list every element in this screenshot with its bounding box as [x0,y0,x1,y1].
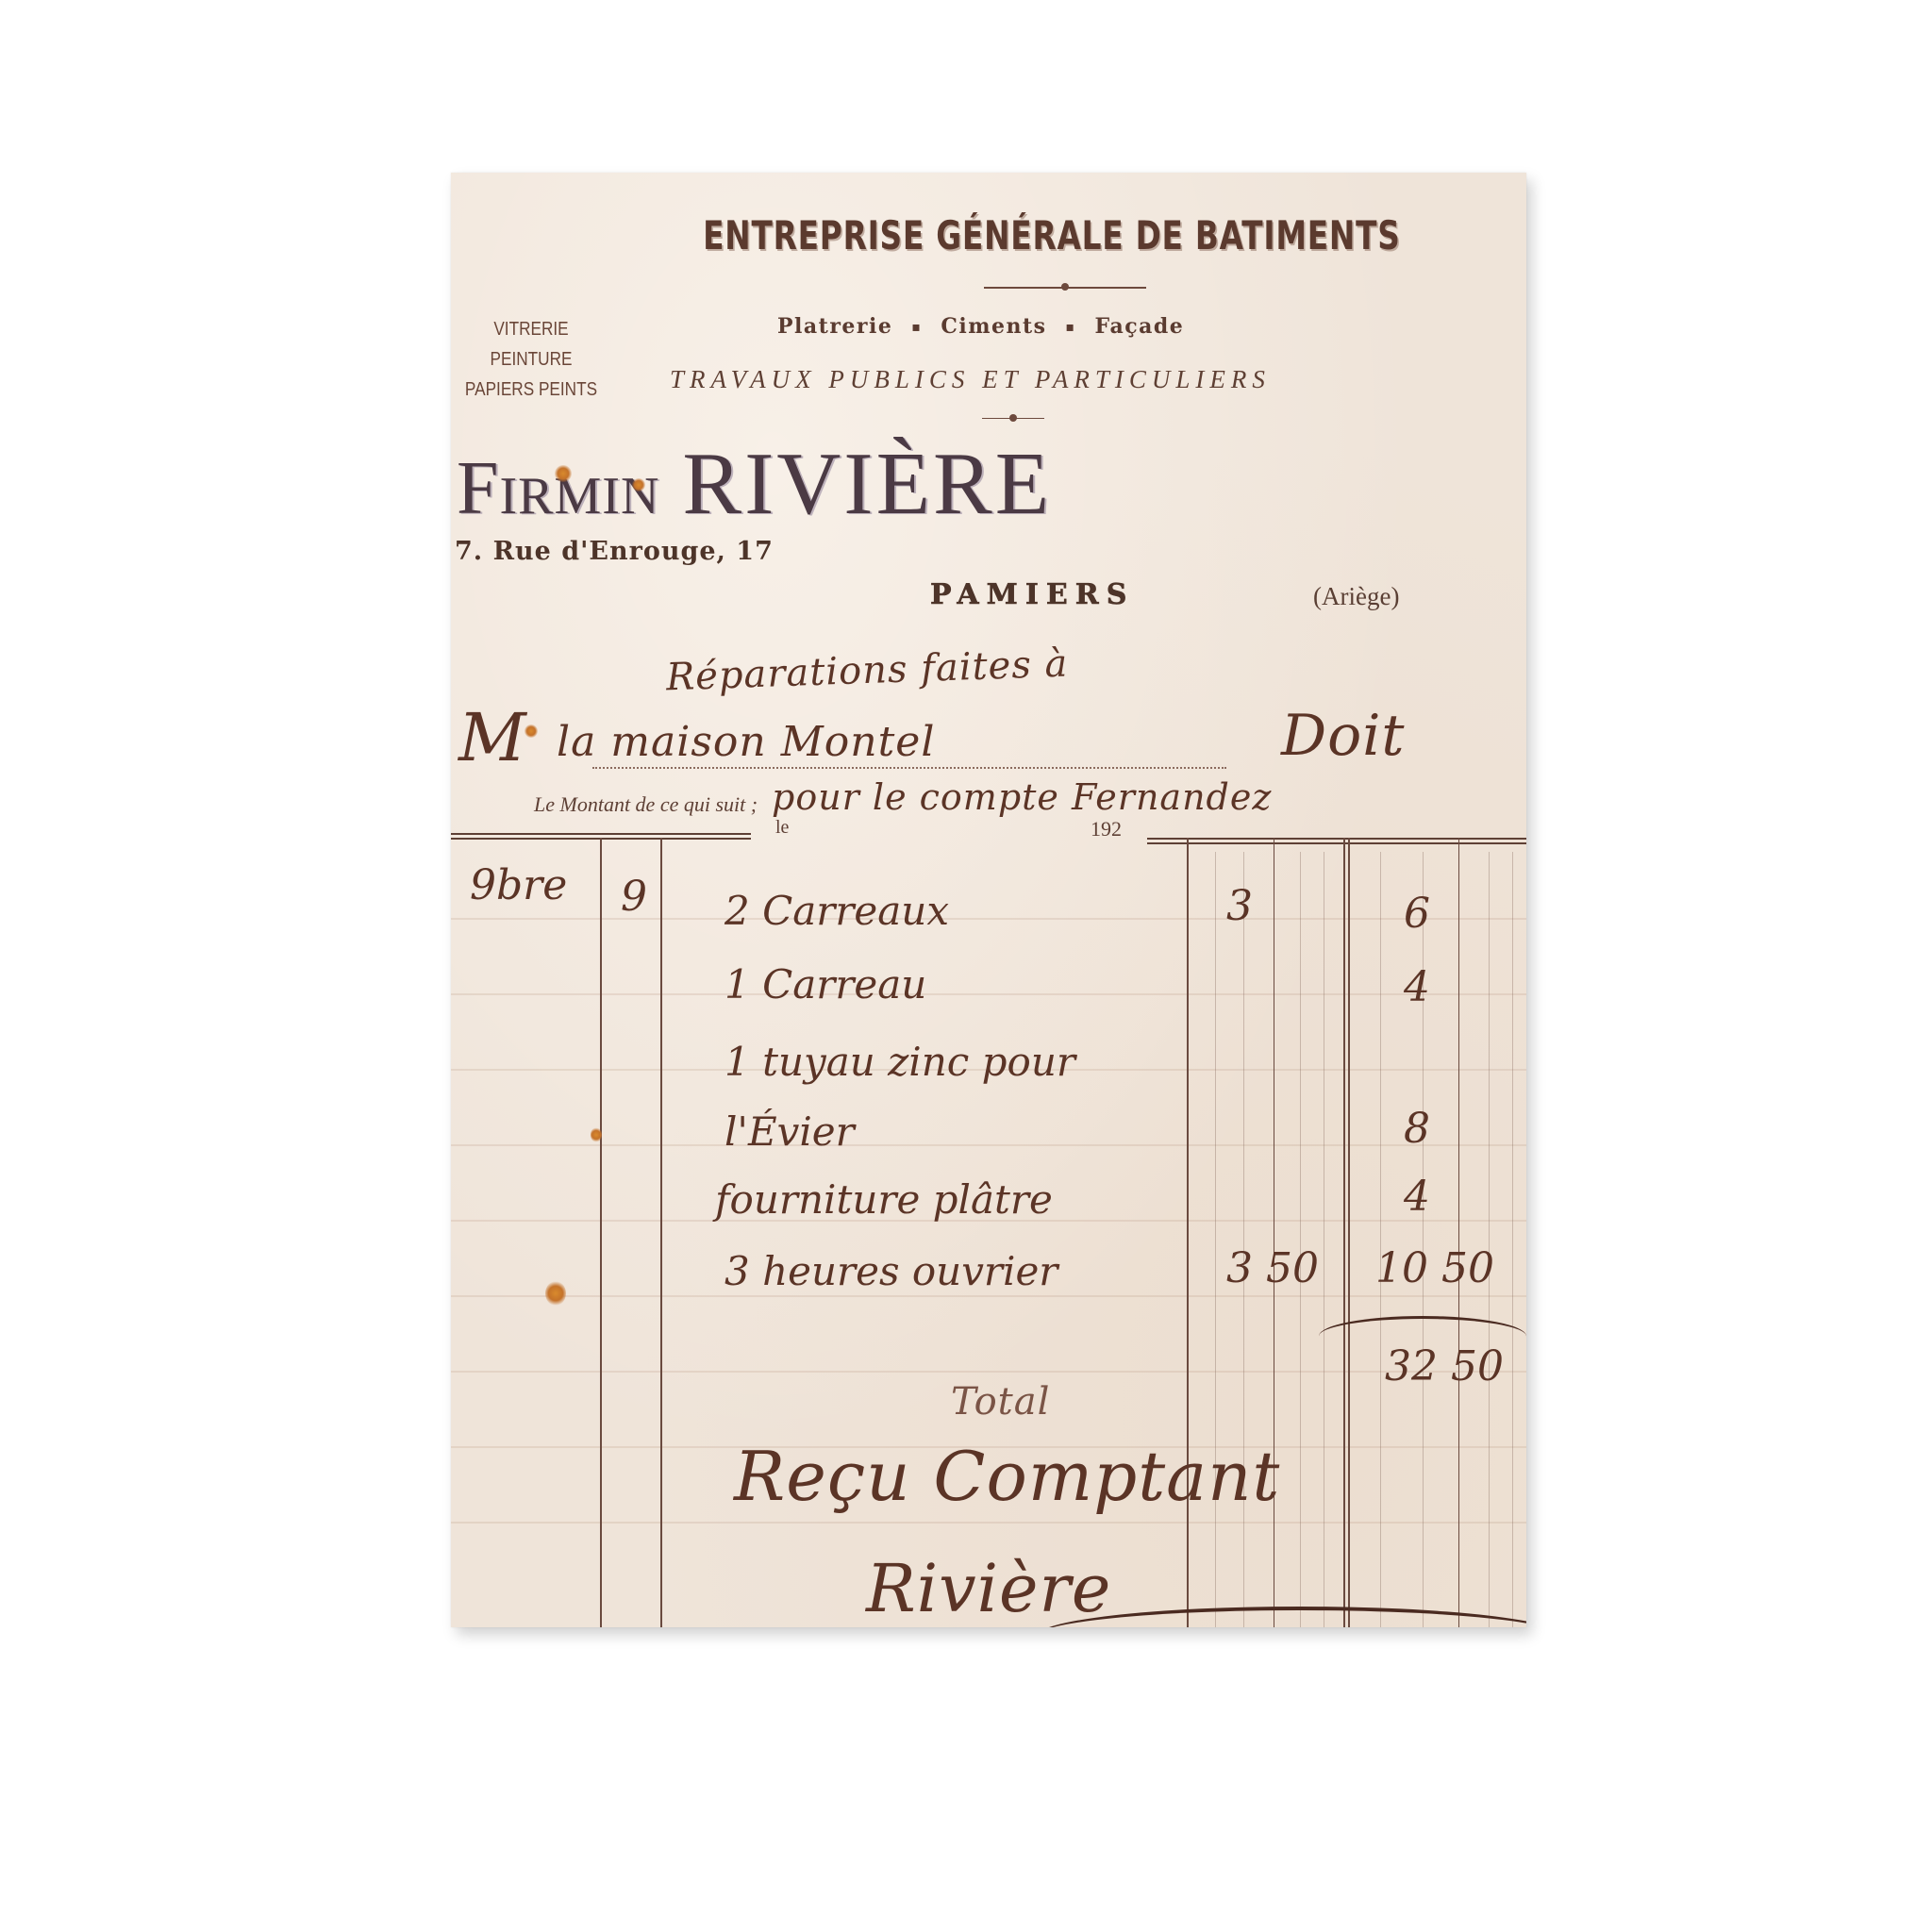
handwritten-heading: Réparations faites à [665,642,1069,700]
column-rule [660,838,662,1627]
column-rule [1458,838,1459,1627]
column-rule [1343,838,1345,1627]
item-unit-price: 3 50 [1226,1244,1319,1292]
first-name-initial: F [457,447,500,530]
signature: Rivière [866,1550,1111,1627]
trade-item: Ciments [941,314,1046,339]
ornament-divider-small [982,418,1044,419]
side-service-item: PEINTURE [454,344,608,375]
item-day: 9 [621,873,647,921]
side-services-list: VITRERIE PEINTURE PAPIERS PEINTS [454,314,608,405]
rust-stain [525,724,538,738]
item-amount: 4 [1404,963,1430,1011]
item-description: 1 Carreau [724,961,926,1008]
date-prefix: le [775,817,789,839]
item-description: fourniture plâtre [715,1176,1053,1223]
item-description: 2 Carreaux [724,888,949,934]
bullet-separator-icon: ▪ [1066,320,1076,335]
column-rule-thin [1512,852,1513,1627]
column-rule [600,838,602,1627]
column-rule-thin [1324,852,1324,1627]
dotted-fill-line [592,767,1226,769]
item-amount: 4 [1404,1173,1430,1221]
column-rule [1348,838,1350,1627]
side-service-item: PAPIERS PEINTS [454,375,608,405]
column-rule-thin [1380,852,1381,1627]
company-department: (Ariège) [1313,582,1399,611]
company-street: 7. Rue d'Enrouge, 17 [455,537,774,566]
company-subtitle: TRAVAUX PUBLICS ET PARTICULIERS [670,365,1271,394]
rust-stain [591,1127,602,1142]
item-description: 3 heures ouvrier [724,1248,1058,1294]
company-city: PAMIERS [930,578,1134,611]
year-prefix: 192 [1091,817,1122,841]
trades-line: Platrerie▪Ciments▪Façade [777,314,1184,339]
ledger-line [451,1144,1526,1146]
item-description: l'Évier [724,1108,855,1155]
ledger-line [451,1522,1526,1524]
bullet-separator-icon: ▪ [911,320,922,335]
item-description: 1 tuyau zinc pour [724,1039,1075,1085]
attention-note: pour le compte Fernandez [772,776,1272,818]
ledger-line [451,918,1526,920]
rust-stain [632,478,645,491]
column-rule-thin [1489,852,1490,1627]
ledger-line [451,1295,1526,1297]
ledger-line [451,993,1526,995]
company-name: FIRMINRIVIÈRE [457,433,1052,535]
item-unit-price: 3 [1226,882,1253,930]
amount-label: Le Montant de ce qui suit ; [534,792,758,817]
invoice-document: ENTREPRISE GÉNÉRALE DE BATIMENTS VITRERI… [451,173,1526,1627]
item-amount: 8 [1404,1105,1430,1153]
ornament-divider [984,287,1146,289]
doit-label: Doit [1281,703,1406,769]
item-month: 9bre [470,861,567,909]
side-service-item: VITRERIE [454,314,608,344]
rust-stain [545,1281,566,1306]
paid-note: Reçu Comptant [734,1437,1280,1516]
trade-item: Platrerie [777,314,892,339]
total-label: Total [951,1380,1050,1424]
first-name-rest: IRMIN [500,467,660,525]
total-amount: 32 50 [1385,1342,1504,1391]
rust-stain [555,465,572,482]
company-category-title: ENTREPRISE GÉNÉRALE DE BATIMENTS [588,212,1426,258]
trade-item: Façade [1095,314,1185,339]
double-rule [1147,838,1526,844]
column-rule-thin [1300,852,1301,1627]
item-amount: 6 [1404,890,1430,938]
last-name: RIVIÈRE [682,435,1052,533]
item-amount: 10 50 [1375,1244,1494,1292]
client-name: la maison Montel [557,718,935,766]
salutation: M [458,699,527,776]
ledger-line [451,1371,1526,1373]
